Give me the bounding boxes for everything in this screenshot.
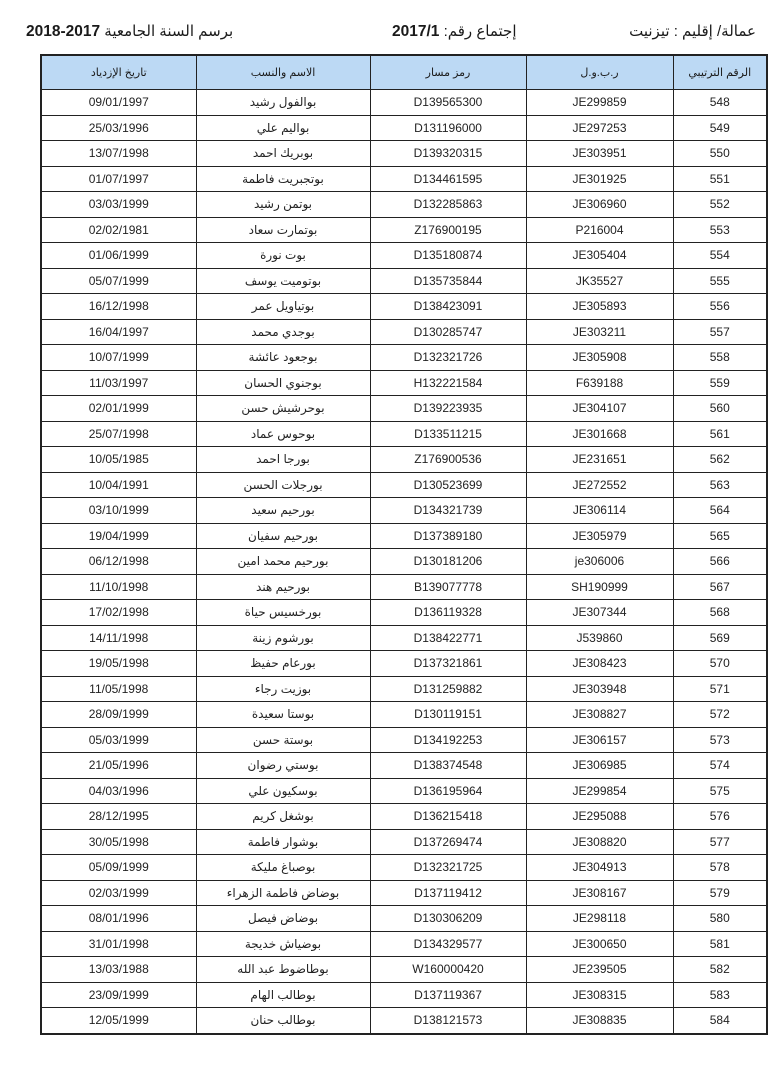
cin-cell: JE308423	[526, 651, 673, 677]
birth-date-cell: 05/03/1999	[41, 727, 196, 753]
column-header-seq: الرقم الترتيبي	[673, 55, 767, 90]
massar-code-cell: D139223935	[370, 396, 526, 422]
seq-number-cell: 569	[673, 625, 767, 651]
massar-code-cell: D137119367	[370, 982, 526, 1008]
name-cell: بوستة حسن	[196, 727, 370, 753]
seq-number-cell: 549	[673, 115, 767, 141]
name-cell: بورجا احمد	[196, 447, 370, 473]
birth-date-cell: 10/04/1991	[41, 472, 196, 498]
birth-date-cell: 12/05/1999	[41, 1008, 196, 1034]
cin-cell: JE305979	[526, 523, 673, 549]
table-row: 11/03/1997بوجنوي الحسانH132221584F639188…	[41, 370, 767, 396]
name-cell: بواليم علي	[196, 115, 370, 141]
seq-number-cell: 564	[673, 498, 767, 524]
seq-number-cell: 553	[673, 217, 767, 243]
table-row: 03/03/1999بوتمن رشيدD132285863JE30696055…	[41, 192, 767, 218]
birth-date-cell: 02/02/1981	[41, 217, 196, 243]
cin-cell: JE306960	[526, 192, 673, 218]
massar-code-cell: D138374548	[370, 753, 526, 779]
massar-code-cell: D137269474	[370, 829, 526, 855]
cin-cell: SH190999	[526, 574, 673, 600]
name-cell: بوتياويل عمر	[196, 294, 370, 320]
table-row: 03/10/1999بورحيم سعيدD134321739JE3061145…	[41, 498, 767, 524]
massar-code-cell: D130181206	[370, 549, 526, 575]
cin-cell: JE306985	[526, 753, 673, 779]
name-cell: بورشوم زينة	[196, 625, 370, 651]
table-row: 01/07/1997بوتجبريت فاطمةD134461595JE3019…	[41, 166, 767, 192]
name-cell: بورخسيس حياة	[196, 600, 370, 626]
table-row: 11/05/1998بوزيت رجاءD131259882JE30394857…	[41, 676, 767, 702]
table-row: 28/12/1995بوشغل كريمD136215418JE29508857…	[41, 804, 767, 830]
seq-number-cell: 576	[673, 804, 767, 830]
birth-date-cell: 25/07/1998	[41, 421, 196, 447]
academic-year-label: برسم السنة الجامعية	[104, 23, 233, 40]
birth-date-cell: 06/12/1998	[41, 549, 196, 575]
seq-number-cell: 573	[673, 727, 767, 753]
seq-number-cell: 561	[673, 421, 767, 447]
seq-number-cell: 559	[673, 370, 767, 396]
name-cell: بوزيت رجاء	[196, 676, 370, 702]
seq-number-cell: 584	[673, 1008, 767, 1034]
cin-cell: JE304913	[526, 855, 673, 881]
massar-code-cell: D133511215	[370, 421, 526, 447]
massar-code-cell: D130285747	[370, 319, 526, 345]
birth-date-cell: 17/02/1998	[41, 600, 196, 626]
table-row: 30/05/1998بوشوار فاطمةD137269474JE308820…	[41, 829, 767, 855]
birth-date-cell: 08/01/1996	[41, 906, 196, 932]
birth-date-cell: 10/07/1999	[41, 345, 196, 371]
table-row: 12/05/1999بوطالب حنانD138121573JE3088355…	[41, 1008, 767, 1034]
table-row: 28/09/1999بوستا سعيدةD130119151JE3088275…	[41, 702, 767, 728]
massar-code-cell: D130523699	[370, 472, 526, 498]
cin-cell: JE308315	[526, 982, 673, 1008]
table-row: 04/03/1996بوسكيون عليD136195964JE2998545…	[41, 778, 767, 804]
seq-number-cell: 565	[673, 523, 767, 549]
cin-cell: JE301925	[526, 166, 673, 192]
massar-code-cell: D135180874	[370, 243, 526, 269]
name-cell: بوبريك احمد	[196, 141, 370, 167]
massar-code-cell: D132285863	[370, 192, 526, 218]
name-cell: بورحيم سعيد	[196, 498, 370, 524]
birth-date-cell: 14/11/1998	[41, 625, 196, 651]
name-cell: بوضياش خديجة	[196, 931, 370, 957]
massar-code-cell: D139320315	[370, 141, 526, 167]
table-row: 16/12/1998بوتياويل عمرD138423091JE305893…	[41, 294, 767, 320]
name-cell: بوجنوي الحسان	[196, 370, 370, 396]
seq-number-cell: 563	[673, 472, 767, 498]
cin-cell: JE305893	[526, 294, 673, 320]
massar-code-cell: D132321726	[370, 345, 526, 371]
name-cell: بوستي رضوان	[196, 753, 370, 779]
birth-date-cell: 11/05/1998	[41, 676, 196, 702]
name-cell: بوطالب حنان	[196, 1008, 370, 1034]
table-row: 05/03/1999بوستة حسنD134192253JE306157573	[41, 727, 767, 753]
table-row: 16/04/1997بوجدي محمدD130285747JE30321155…	[41, 319, 767, 345]
birth-date-cell: 11/03/1997	[41, 370, 196, 396]
cin-cell: JE298118	[526, 906, 673, 932]
name-cell: بوتمن رشيد	[196, 192, 370, 218]
birth-date-cell: 16/12/1998	[41, 294, 196, 320]
massar-code-cell: D132321725	[370, 855, 526, 881]
table-row: 19/04/1999بورحيم سفيانD137389180JE305979…	[41, 523, 767, 549]
seq-number-cell: 570	[673, 651, 767, 677]
cin-cell: JE304107	[526, 396, 673, 422]
table-row: 09/01/1997بوالفول رشيدD139565300JE299859…	[41, 90, 767, 116]
massar-code-cell: D138422771	[370, 625, 526, 651]
cin-cell: JE299859	[526, 90, 673, 116]
birth-date-cell: 30/05/1998	[41, 829, 196, 855]
birth-date-cell: 03/03/1999	[41, 192, 196, 218]
academic-year-value: 2018-2017	[26, 23, 100, 40]
seq-number-cell: 579	[673, 880, 767, 906]
page-header: عمالة/ إقليم : تيزنيت إجتماع رقم: 2017/1…	[22, 22, 758, 48]
name-cell: بوصباغ مليكة	[196, 855, 370, 881]
table-row: 13/07/1998بوبريك احمدD139320315JE3039515…	[41, 141, 767, 167]
massar-code-cell: B139077778	[370, 574, 526, 600]
seq-number-cell: 557	[673, 319, 767, 345]
name-cell: بوحوس عماد	[196, 421, 370, 447]
massar-code-cell: D137119412	[370, 880, 526, 906]
cin-cell: JE305908	[526, 345, 673, 371]
name-cell: بوشغل كريم	[196, 804, 370, 830]
birth-date-cell: 03/10/1999	[41, 498, 196, 524]
birth-date-cell: 11/10/1998	[41, 574, 196, 600]
massar-code-cell: H132221584	[370, 370, 526, 396]
table-row: 11/10/1998بورحيم هندB139077778SH19099956…	[41, 574, 767, 600]
table-row: 25/07/1998بوحوس عمادD133511215JE30166856…	[41, 421, 767, 447]
seq-number-cell: 550	[673, 141, 767, 167]
birth-date-cell: 09/01/1997	[41, 90, 196, 116]
seq-number-cell: 566	[673, 549, 767, 575]
seq-number-cell: 556	[673, 294, 767, 320]
seq-number-cell: 574	[673, 753, 767, 779]
birth-date-cell: 16/04/1997	[41, 319, 196, 345]
birth-date-cell: 19/04/1999	[41, 523, 196, 549]
name-cell: بوطاضوط عبد الله	[196, 957, 370, 983]
massar-code-cell: W160000420	[370, 957, 526, 983]
table-row: 10/07/1999بوجعود عائشةD132321726JE305908…	[41, 345, 767, 371]
massar-code-cell: D136195964	[370, 778, 526, 804]
birth-date-cell: 05/09/1999	[41, 855, 196, 881]
seq-number-cell: 581	[673, 931, 767, 957]
birth-date-cell: 21/05/1996	[41, 753, 196, 779]
name-cell: بورجلات الحسن	[196, 472, 370, 498]
massar-code-cell: Z176900536	[370, 447, 526, 473]
cin-cell: JE308827	[526, 702, 673, 728]
massar-code-cell: D131196000	[370, 115, 526, 141]
table-row: 10/04/1991بورجلات الحسنD130523699JE27255…	[41, 472, 767, 498]
cin-cell: JE307344	[526, 600, 673, 626]
column-header-massar: رمز مسار	[370, 55, 526, 90]
seq-number-cell: 582	[673, 957, 767, 983]
table-row: 08/01/1996بوضاض فيصلD130306209JE29811858…	[41, 906, 767, 932]
name-cell: بورحيم سفيان	[196, 523, 370, 549]
name-cell: بوضاض فيصل	[196, 906, 370, 932]
academic-year: برسم السنة الجامعية 2018-2017	[26, 22, 233, 41]
name-cell: بوالفول رشيد	[196, 90, 370, 116]
table-row: 13/03/1988بوطاضوط عبد اللهW160000420JE23…	[41, 957, 767, 983]
cin-cell: JE300650	[526, 931, 673, 957]
cin-cell: JE308167	[526, 880, 673, 906]
cin-cell: je306006	[526, 549, 673, 575]
birth-date-cell: 31/01/1998	[41, 931, 196, 957]
name-cell: بوتوميت يوسف	[196, 268, 370, 294]
cin-cell: JE303211	[526, 319, 673, 345]
cin-cell: JE308835	[526, 1008, 673, 1034]
cin-cell: J539860	[526, 625, 673, 651]
massar-code-cell: D136119328	[370, 600, 526, 626]
birth-date-cell: 19/05/1998	[41, 651, 196, 677]
seq-number-cell: 577	[673, 829, 767, 855]
massar-code-cell: D137389180	[370, 523, 526, 549]
seq-number-cell: 572	[673, 702, 767, 728]
massar-code-cell: D134461595	[370, 166, 526, 192]
cin-cell: P216004	[526, 217, 673, 243]
massar-code-cell: D137321861	[370, 651, 526, 677]
roster-table-wrapper: تاريخ الإزدياد الاسم والنسب رمز مسار ر.ب…	[40, 54, 766, 1035]
birth-date-cell: 02/01/1999	[41, 396, 196, 422]
massar-code-cell: Z176900195	[370, 217, 526, 243]
table-row: 19/05/1998بورعام حفيظD137321861JE3084235…	[41, 651, 767, 677]
massar-code-cell: D130306209	[370, 906, 526, 932]
birth-date-cell: 23/09/1999	[41, 982, 196, 1008]
massar-code-cell: D130119151	[370, 702, 526, 728]
cin-cell: JE239505	[526, 957, 673, 983]
table-row: 17/02/1998بورخسيس حياةD136119328JE307344…	[41, 600, 767, 626]
massar-code-cell: D134192253	[370, 727, 526, 753]
massar-code-cell: D131259882	[370, 676, 526, 702]
table-row: 21/05/1996بوستي رضوانD138374548JE3069855…	[41, 753, 767, 779]
table-row: 01/06/1999بوت نورةD135180874JE305404554	[41, 243, 767, 269]
cin-cell: JE306114	[526, 498, 673, 524]
table-row: 10/05/1985بورجا احمدZ176900536JE23165156…	[41, 447, 767, 473]
name-cell: بوسكيون علي	[196, 778, 370, 804]
table-row: 05/07/1999بوتوميت يوسفD135735844JK355275…	[41, 268, 767, 294]
cin-cell: JE297253	[526, 115, 673, 141]
name-cell: بوتمارت سعاد	[196, 217, 370, 243]
table-row: 31/01/1998بوضياش خديجةD134329577JE300650…	[41, 931, 767, 957]
name-cell: بوطالب الهام	[196, 982, 370, 1008]
table-row: 23/09/1999بوطالب الهامD137119367JE308315…	[41, 982, 767, 1008]
birth-date-cell: 13/03/1988	[41, 957, 196, 983]
table-row: 02/03/1999بوضاض فاطمة الزهراءD137119412J…	[41, 880, 767, 906]
cin-cell: JE295088	[526, 804, 673, 830]
cin-cell: JE305404	[526, 243, 673, 269]
table-header-row: تاريخ الإزدياد الاسم والنسب رمز مسار ر.ب…	[41, 55, 767, 90]
name-cell: بوشوار فاطمة	[196, 829, 370, 855]
massar-code-cell: D136215418	[370, 804, 526, 830]
birth-date-cell: 01/06/1999	[41, 243, 196, 269]
cin-cell: JE301668	[526, 421, 673, 447]
cin-cell: JE272552	[526, 472, 673, 498]
name-cell: بوجعود عائشة	[196, 345, 370, 371]
birth-date-cell: 02/03/1999	[41, 880, 196, 906]
massar-code-cell: D134321739	[370, 498, 526, 524]
table-row: 02/02/1981بوتمارت سعادZ176900195P2160045…	[41, 217, 767, 243]
seq-number-cell: 552	[673, 192, 767, 218]
table-row: 05/09/1999بوصباغ مليكةD132321725JE304913…	[41, 855, 767, 881]
name-cell: بوضاض فاطمة الزهراء	[196, 880, 370, 906]
name-cell: بوتجبريت فاطمة	[196, 166, 370, 192]
massar-code-cell: D135735844	[370, 268, 526, 294]
birth-date-cell: 01/07/1997	[41, 166, 196, 192]
seq-number-cell: 583	[673, 982, 767, 1008]
birth-date-cell: 28/12/1995	[41, 804, 196, 830]
birth-date-cell: 05/07/1999	[41, 268, 196, 294]
seq-number-cell: 575	[673, 778, 767, 804]
cin-cell: JE306157	[526, 727, 673, 753]
meeting-number: 2017/1	[392, 23, 439, 40]
seq-number-cell: 560	[673, 396, 767, 422]
name-cell: بوحرشيش حسن	[196, 396, 370, 422]
birth-date-cell: 10/05/1985	[41, 447, 196, 473]
roster-table: تاريخ الإزدياد الاسم والنسب رمز مسار ر.ب…	[40, 54, 768, 1035]
cin-cell: JE303951	[526, 141, 673, 167]
cin-cell: JE231651	[526, 447, 673, 473]
birth-date-cell: 13/07/1998	[41, 141, 196, 167]
column-header-birth-date: تاريخ الإزدياد	[41, 55, 196, 90]
seq-number-cell: 548	[673, 90, 767, 116]
table-row: 06/12/1998بورحيم محمد امينD130181206je30…	[41, 549, 767, 575]
region-label: عمالة/ إقليم : تيزنيت	[629, 22, 756, 40]
cin-cell: F639188	[526, 370, 673, 396]
meeting-info: إجتماع رقم: 2017/1	[392, 22, 516, 41]
massar-code-cell: D138121573	[370, 1008, 526, 1034]
meeting-label: إجتماع رقم:	[444, 23, 517, 40]
cin-cell: JE299854	[526, 778, 673, 804]
roster-body: 09/01/1997بوالفول رشيدD139565300JE299859…	[41, 90, 767, 1034]
name-cell: بوستا سعيدة	[196, 702, 370, 728]
table-row: 14/11/1998بورشوم زينةD138422771J53986056…	[41, 625, 767, 651]
birth-date-cell: 25/03/1996	[41, 115, 196, 141]
seq-number-cell: 580	[673, 906, 767, 932]
seq-number-cell: 567	[673, 574, 767, 600]
cin-cell: JE303948	[526, 676, 673, 702]
cin-cell: JK35527	[526, 268, 673, 294]
seq-number-cell: 555	[673, 268, 767, 294]
table-row: 25/03/1996بواليم عليD131196000JE29725354…	[41, 115, 767, 141]
seq-number-cell: 571	[673, 676, 767, 702]
cin-cell: JE308820	[526, 829, 673, 855]
massar-code-cell: D134329577	[370, 931, 526, 957]
birth-date-cell: 28/09/1999	[41, 702, 196, 728]
massar-code-cell: D139565300	[370, 90, 526, 116]
name-cell: بوت نورة	[196, 243, 370, 269]
table-row: 02/01/1999بوحرشيش حسنD139223935JE3041075…	[41, 396, 767, 422]
name-cell: بورحيم هند	[196, 574, 370, 600]
seq-number-cell: 578	[673, 855, 767, 881]
name-cell: بورعام حفيظ	[196, 651, 370, 677]
column-header-name: الاسم والنسب	[196, 55, 370, 90]
seq-number-cell: 551	[673, 166, 767, 192]
name-cell: بورحيم محمد امين	[196, 549, 370, 575]
birth-date-cell: 04/03/1996	[41, 778, 196, 804]
column-header-cin: ر.ب.و.ل	[526, 55, 673, 90]
seq-number-cell: 562	[673, 447, 767, 473]
seq-number-cell: 568	[673, 600, 767, 626]
seq-number-cell: 558	[673, 345, 767, 371]
seq-number-cell: 554	[673, 243, 767, 269]
name-cell: بوجدي محمد	[196, 319, 370, 345]
massar-code-cell: D138423091	[370, 294, 526, 320]
